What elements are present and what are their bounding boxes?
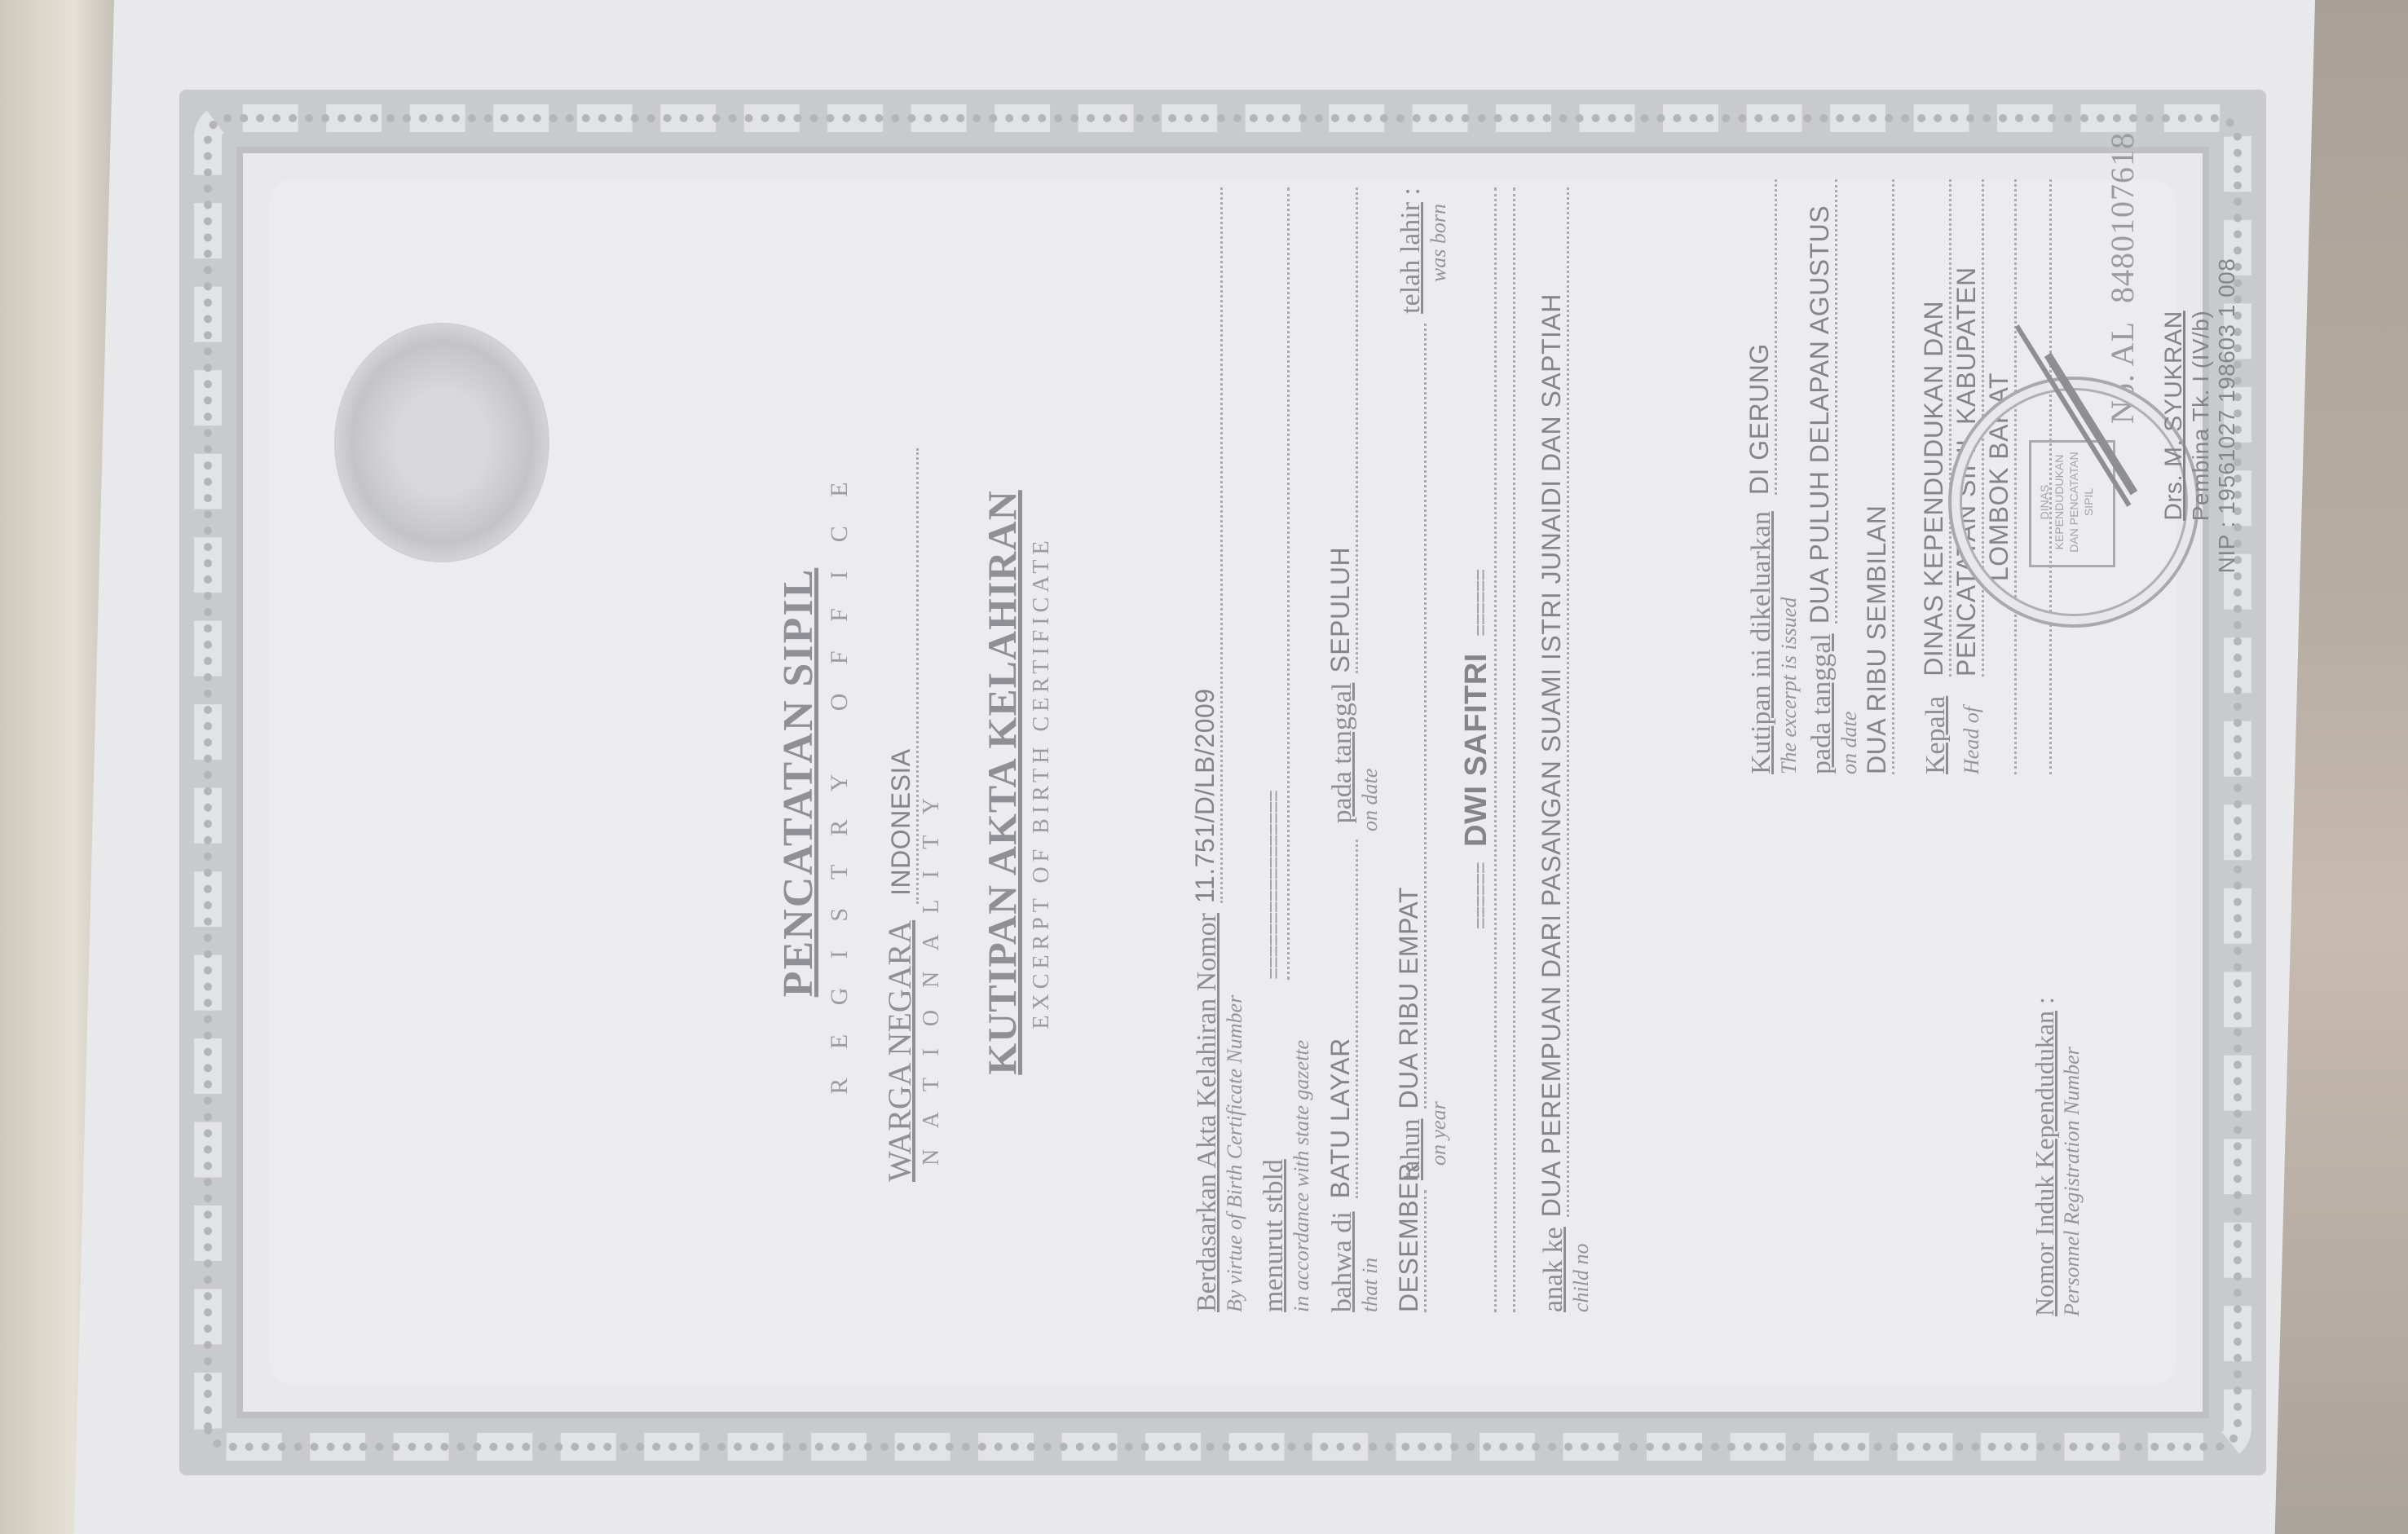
issue-date-value-2: DUA RIBU SEMBILAN <box>1862 179 1894 774</box>
cert-number-label: Berdasarkan Akta Kelahiran Nomor <box>1192 913 1222 1312</box>
place-label: bahwa di <box>1327 1211 1357 1312</box>
serial-value: 8480107618 <box>2104 132 2141 303</box>
child-no-label: anak ke <box>1538 1227 1568 1312</box>
field-cert-number: Berdasarkan Akta Kelahiran Nomor 11.751/… <box>1190 187 1223 1312</box>
serial-number: No. AL 8480107618 <box>2103 132 2141 424</box>
head-label: Kepala <box>1921 696 1951 774</box>
gazette-label: menurut stbld <box>1259 1159 1289 1312</box>
head-sublabel: Head of <box>1960 677 1984 774</box>
year-label: tahun <box>1396 1118 1426 1180</box>
child-no-sublabel: child no <box>1569 187 1594 1312</box>
signatory-nip: NIP : 19561027 198603 1 008 <box>2214 187 2240 644</box>
header-block: PENCATATAN SIPIL R E G I S T R Y O F F I… <box>774 57 853 1508</box>
born-sublabel: was born <box>1427 204 1451 282</box>
year-value: DUA RIBU EMPAT <box>1394 324 1427 1109</box>
stamp-text: DINAS KEPENDUDUKAN DAN PENCATATAN SIPIL <box>2037 445 2096 559</box>
office-subtitle: R E G I S T R Y O F F I C E <box>826 57 853 1508</box>
child-name: DWI SAFITRI <box>1459 653 1494 847</box>
year-sublabel: on year <box>1427 282 1451 1166</box>
personnel-reg-label: Nomor Induk Kependudukan <box>2030 1011 2059 1316</box>
issue-date-sublabel: on date <box>1837 179 1862 774</box>
birth-certificate-page: Nomor Induk Kependudukan : Personnel Reg… <box>147 57 2299 1508</box>
month-value: DESEMBER <box>1394 1190 1427 1312</box>
nationality-block: WARGA NEGARA INDONESIA N A T I O N A L I… <box>880 448 945 1182</box>
issue-date-value-1: DUA PULUH DELAPAN AGUSTUS <box>1805 179 1837 624</box>
born-label: telah lahir <box>1396 202 1426 314</box>
nationality-value: INDONESIA <box>886 448 919 904</box>
certificate-fields: Berdasarkan Akta Kelahiran Nomor 11.751/… <box>1190 187 1594 1312</box>
date-sublabel: on date <box>1358 769 1383 831</box>
gazette-sublabel: in accordance with state gazette <box>1290 187 1314 1312</box>
field-name: ====== DWI SAFITRI ====== <box>1459 187 1497 1312</box>
field-month-year: DESEMBER tahun DUA RIBU EMPAT telah lahi… <box>1394 187 1427 1312</box>
issued-sublabel: The excerpt is issued <box>1777 179 1802 774</box>
personnel-reg-value: : <box>2030 997 2059 1004</box>
issue-date-label: pada tanggal <box>1806 633 1837 774</box>
personnel-registration: Nomor Induk Kependudukan : Personnel Reg… <box>2030 746 2084 1316</box>
gazette-value: ================= <box>1263 187 1290 980</box>
issued-place: DI GERUNG <box>1744 179 1777 495</box>
cert-number-value: 11.751/D/LB/2009 <box>1190 187 1223 903</box>
certificate-title-block: KUTIPAN AKTA KELAHIRAN EXCERPT OF BIRTH … <box>978 57 1055 1508</box>
signatory-block: Drs. M. SYUKRAN Pembina Tk. I (IV/b) NIP… <box>2160 187 2240 644</box>
nationality-sublabel: N A T I O N A L I T Y <box>919 448 945 1166</box>
certificate-subtitle: EXCERPT OF BIRTH CERTIFICATE <box>1029 57 1055 1508</box>
garuda-emblem-icon <box>334 323 549 562</box>
place-value: BATU LAYAR <box>1325 840 1358 1198</box>
place-sublabel: that in <box>1358 831 1383 1312</box>
head-value-1: DINAS KEPENDUDUKAN DAN <box>1919 179 1952 677</box>
personnel-reg-sublabel: Personnel Registration Number <box>2060 746 2084 1316</box>
date-value: SEPULUH <box>1325 187 1358 673</box>
date-label: pada tanggal <box>1327 683 1357 824</box>
issued-label: Kutipan ini dikeluarkan <box>1746 511 1776 774</box>
nationality-label: WARGA NEGARA <box>880 920 919 1182</box>
signatory-name: Drs. M. SYUKRAN <box>2160 187 2188 644</box>
field-gazette: menurut stbld ================= <box>1259 187 1290 1312</box>
field-child-no: anak ke DUA PEREMPUAN DARI PASANGAN SUAM… <box>1537 187 1569 1312</box>
signatory-rank: Pembina Tk. I (IV/b) <box>2188 187 2214 644</box>
child-no-value: DUA PEREMPUAN DARI PASANGAN SUAMI ISTRI … <box>1537 187 1569 1217</box>
cert-number-sublabel: By virtue of Birth Certificate Number <box>1223 187 1247 1312</box>
field-place-date: bahwa di BATU LAYAR pada tanggal SEPULUH <box>1325 187 1358 1312</box>
certificate-title: KUTIPAN AKTA KELAHIRAN <box>978 57 1025 1508</box>
office-title: PENCATATAN SIPIL <box>774 57 823 1508</box>
